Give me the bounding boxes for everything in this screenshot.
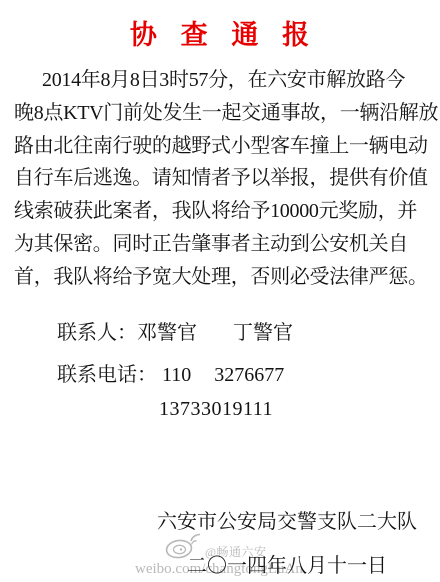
contact-phone-line: 联系电话：1103276677	[57, 358, 284, 387]
contact-person-label: 联系人：	[57, 322, 137, 344]
contact-phone-label: 联系电话：	[57, 364, 157, 386]
body-line-6: 为其保密。同时正告肇事者主动到公安机关自	[14, 228, 426, 261]
body-line-1: 2014年8月8日3时57分，在六安市解放路今	[14, 64, 426, 97]
contact-person-line: 联系人：邓警官丁警官	[57, 316, 293, 345]
notice-title: 协 查 通 报	[0, 13, 440, 52]
officer-name-1: 邓警官	[137, 322, 197, 344]
issue-date: 二〇一四年八月十一日	[187, 549, 387, 578]
body-line-4: 自行车后逃逸。请知情者予以举报，提供有价值	[14, 162, 426, 195]
phone-number-landline: 3276677	[214, 364, 284, 386]
body-line-3: 路由北往南行驶的越野式小型客车撞上一辆电动	[14, 130, 426, 163]
phone-number-mobile: 13733019111	[159, 398, 273, 421]
body-line-5: 线索破获此案者，我队将给予10000元奖励，并	[14, 195, 426, 228]
notice-body: 2014年8月8日3时57分，在六安市解放路今 晚8点KTV门前处发生一起交通事…	[14, 64, 426, 294]
body-line-7: 首，我队将给予宽大处理，否则必受法律严惩。	[14, 261, 426, 294]
body-line-2: 晚8点KTV门前处发生一起交通事故，一辆沿解放	[14, 97, 426, 130]
issuing-authority: 六安市公安局交警支队二大队	[157, 505, 417, 534]
phone-number-110: 110	[162, 364, 191, 386]
officer-name-2: 丁警官	[233, 322, 293, 344]
police-notice-document: 协 查 通 报 2014年8月8日3时57分，在六安市解放路今 晚8点KTV门前…	[0, 0, 440, 582]
